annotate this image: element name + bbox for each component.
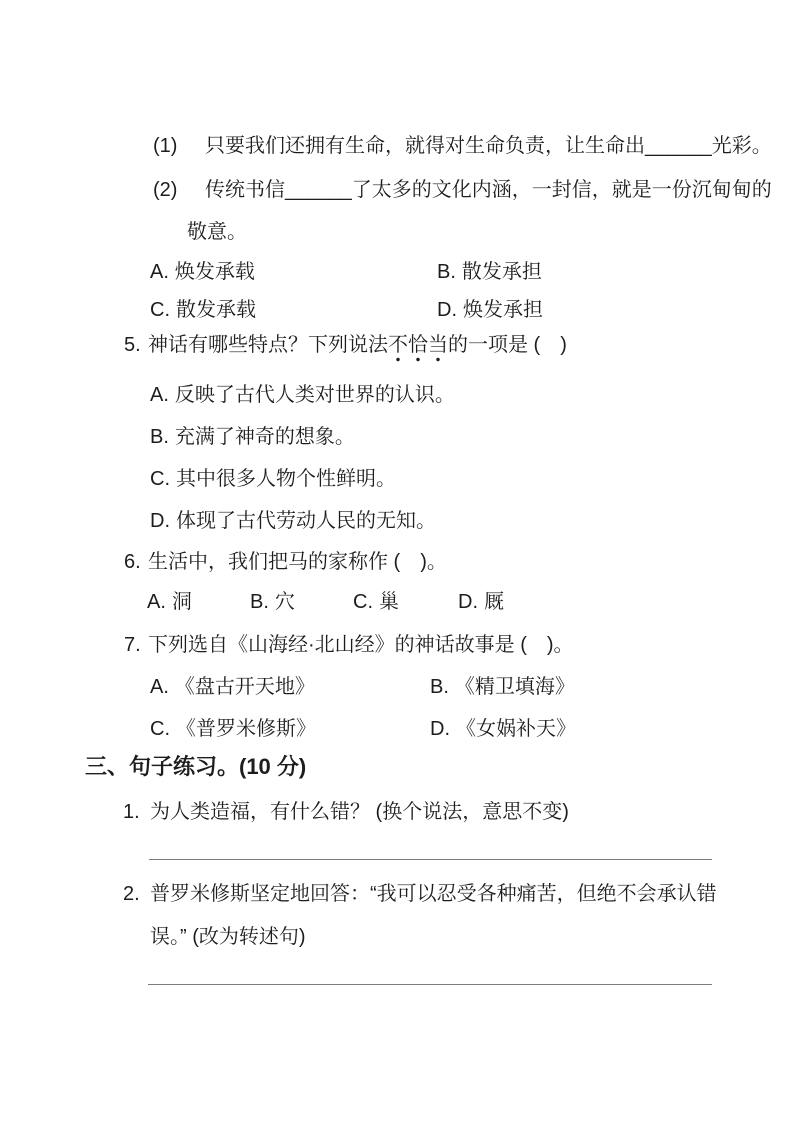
question6-option-a-label: A. (147, 591, 166, 613)
question4-sub2-line2: 敬意。 (187, 220, 247, 245)
question6-option-c-text: 巢 (379, 591, 399, 613)
exam-page: (1)只要我们还拥有生命，就得对生命负责，让生命出______光彩。 (2)传统… (0, 0, 793, 1122)
question6-number: 6. (124, 550, 148, 575)
question6-option-d-label: D. (458, 591, 478, 613)
question5-option-a: A.反映了古代人类对世界的认识。 (150, 383, 455, 408)
question7-stem: 7.下列选自《山海经·北山经》的神话故事是 ( )。 (124, 633, 574, 658)
question5-option-b-text: 充满了神奇的想象。 (175, 426, 355, 448)
question5-stem: 5.神话有哪些特点？下列说法不恰当的一项是 ( ) (124, 333, 567, 358)
question5-option-c-text: 其中很多人物个性鲜明。 (176, 468, 396, 490)
question6-stem: 6.生活中，我们把马的家称作 ( )。 (124, 550, 447, 575)
question4-option-a-label: A. (150, 261, 169, 283)
question4-sub2: (2)传统书信______了太多的文化内涵，一封信，就是一份沉甸甸的 (153, 178, 772, 203)
question4-option-d-text: 焕发承担 (463, 299, 543, 321)
question6-option-c-label: C. (353, 591, 373, 613)
question5-option-d-text: 体现了古代劳动人民的无知。 (176, 510, 436, 532)
section3-item1-number: 1. (123, 800, 150, 825)
answer-line-1 (149, 859, 712, 860)
question5-option-a-label: A. (150, 384, 169, 406)
question5-stem-post: 的一项是 ( ) (448, 334, 567, 356)
question4-option-b-text: 散发承担 (462, 261, 542, 283)
question4-option-c-label: C. (150, 299, 170, 321)
question7-option-d: D.《女娲补天》 (430, 717, 576, 742)
question5-stem-emphasis: 不恰当 (388, 334, 448, 362)
question7-option-a-label: A. (150, 676, 169, 698)
question7-stem-text: 下列选自《山海经·北山经》的神话故事是 ( )。 (148, 634, 574, 656)
question6-stem-text: 生活中，我们把马的家称作 ( )。 (148, 551, 447, 573)
section3-item1-text: 为人类造福，有什么错？ (换个说法，意思不变) (150, 801, 569, 823)
section3-item2: 2.普罗米修斯坚定地回答：“我可以忍受各种痛苦，但绝不会承认错 (123, 882, 717, 907)
question4-option-a-text: 焕发承载 (175, 261, 255, 283)
question4-option-c: C.散发承载 (150, 298, 256, 323)
question7-number: 7. (124, 633, 148, 658)
question4-sub1-text: 只要我们还拥有生命，就得对生命负责，让生命出______光彩。 (205, 135, 772, 157)
question4-sub2-line1: 传统书信______了太多的文化内涵，一封信，就是一份沉甸甸的 (205, 179, 772, 201)
question5-option-b-label: B. (150, 426, 169, 448)
question5-option-b: B.充满了神奇的想象。 (150, 425, 355, 450)
question7-option-a-text: 《盘古开天地》 (175, 676, 315, 698)
question7-option-b-text: 《精卫填海》 (455, 676, 575, 698)
question4-option-b: B.散发承担 (437, 260, 542, 285)
question4-option-b-label: B. (437, 261, 456, 283)
question6-option-b-label: B. (250, 591, 269, 613)
question4-option-a: A.焕发承载 (150, 260, 255, 285)
section3-heading: 三、句子练习。(10 分) (85, 753, 306, 781)
question7-option-b: B.《精卫填海》 (430, 675, 575, 700)
question6-option-d: D.厩 (458, 590, 504, 615)
question6-option-a-text: 洞 (172, 591, 192, 613)
question4-option-d-label: D. (437, 299, 457, 321)
question4-sub1: (1)只要我们还拥有生命，就得对生命负责，让生命出______光彩。 (153, 134, 772, 159)
question5-option-d: D.体现了古代劳动人民的无知。 (150, 509, 436, 534)
question4-sub2-label: (2) (153, 178, 205, 203)
question6-option-b: B.穴 (250, 590, 295, 615)
question7-option-d-label: D. (430, 718, 450, 740)
question6-option-c: C.巢 (353, 590, 399, 615)
question7-option-c: C.《普罗米修斯》 (150, 717, 316, 742)
question5-option-c-label: C. (150, 468, 170, 490)
section3-item2-line1: 普罗米修斯坚定地回答：“我可以忍受各种痛苦，但绝不会承认错 (150, 883, 717, 905)
question7-option-d-text: 《女娲补天》 (456, 718, 576, 740)
question6-option-d-text: 厩 (484, 591, 504, 613)
question7-option-a: A.《盘古开天地》 (150, 675, 315, 700)
answer-line-2 (148, 984, 712, 985)
question5-option-d-label: D. (150, 510, 170, 532)
question6-option-b-text: 穴 (275, 591, 295, 613)
question5-number: 5. (124, 333, 148, 358)
question4-option-d: D.焕发承担 (437, 298, 543, 323)
question7-option-b-label: B. (430, 676, 449, 698)
section3-item2-number: 2. (123, 882, 150, 907)
question5-stem-pre: 神话有哪些特点？下列说法 (148, 334, 388, 356)
section3-item1: 1.为人类造福，有什么错？ (换个说法，意思不变) (123, 800, 569, 825)
question5-option-c: C.其中很多人物个性鲜明。 (150, 467, 396, 492)
question7-option-c-text: 《普罗米修斯》 (176, 718, 316, 740)
question4-option-c-text: 散发承载 (176, 299, 256, 321)
question7-option-c-label: C. (150, 718, 170, 740)
question5-option-a-text: 反映了古代人类对世界的认识。 (175, 384, 455, 406)
section3-item2-line2: 误。” (改为转述句) (150, 925, 306, 950)
question4-sub1-label: (1) (153, 134, 205, 159)
question6-option-a: A.洞 (147, 590, 192, 615)
